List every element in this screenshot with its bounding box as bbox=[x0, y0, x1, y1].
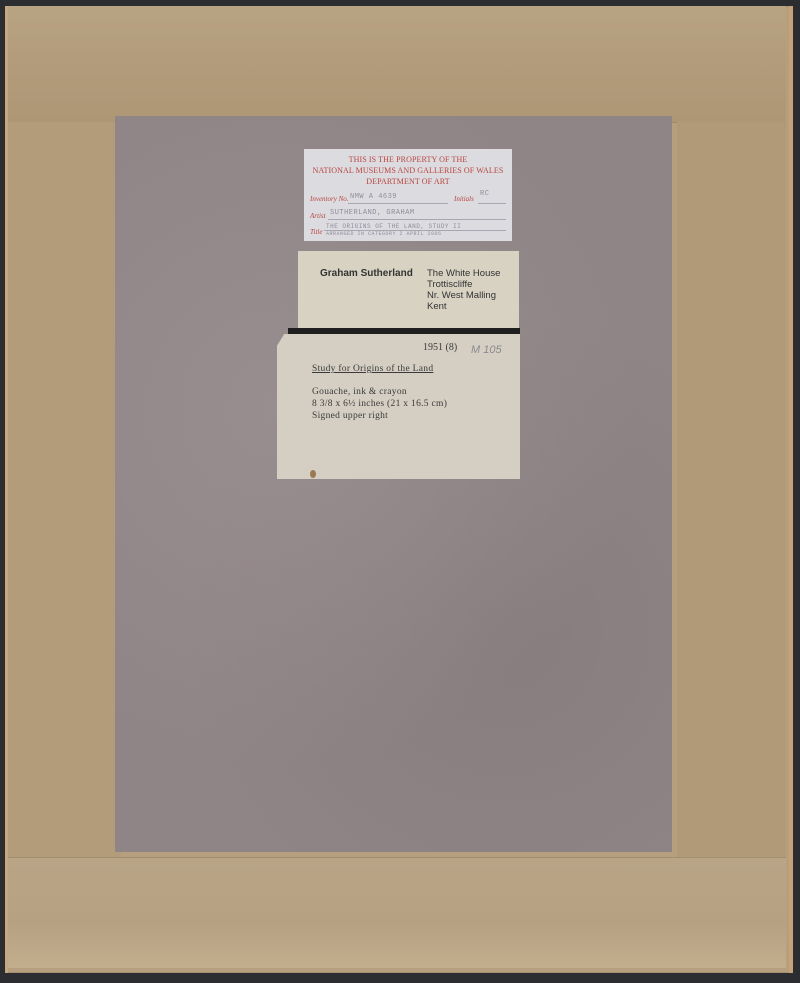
artist-value: SUTHERLAND, GRAHAM bbox=[330, 209, 415, 217]
tape-left bbox=[8, 122, 121, 858]
inventory-value: NMW A 4639 bbox=[350, 193, 397, 201]
detail-dimensions: 8 3/8 x 6½ inches (21 x 16.5 cm) bbox=[312, 398, 447, 410]
artist-address: The White House Trottiscliffe Nr. West M… bbox=[427, 268, 500, 312]
address-line: Nr. West Malling bbox=[427, 290, 500, 301]
label-line-3: DEPARTMENT OF ART bbox=[304, 176, 512, 187]
artist-address-card: Graham Sutherland The White House Trotti… bbox=[298, 251, 519, 329]
museum-property-label: THIS IS THE PROPERTY OF THE NATIONAL MUS… bbox=[304, 149, 512, 241]
tape-top bbox=[8, 6, 786, 123]
artist-label: Artist bbox=[310, 212, 326, 220]
frame-right-edge bbox=[789, 6, 793, 973]
address-line: The White House bbox=[427, 268, 500, 279]
card-divider-bar bbox=[288, 328, 520, 334]
artwork-info-card: 1951 (8) M 105 Study for Origins of the … bbox=[277, 334, 520, 479]
title-value-1: THE ORIGINS OF THE LAND, STUDY II bbox=[326, 223, 461, 230]
stain-mark bbox=[310, 470, 316, 478]
title-value-2: ARRANGED IN CATEGORY 2 APRIL 2006 bbox=[326, 231, 442, 237]
artwork-title: Study for Origins of the Land bbox=[312, 364, 433, 374]
address-line: Trottiscliffe bbox=[427, 279, 500, 290]
label-line-2: NATIONAL MUSEUMS AND GALLERIES OF WALES bbox=[304, 165, 512, 176]
initials-label: Initials bbox=[454, 195, 474, 203]
artist-name: Graham Sutherland bbox=[320, 268, 413, 279]
artwork-details: Gouache, ink & crayon 8 3/8 x 6½ inches … bbox=[312, 386, 447, 422]
detail-medium: Gouache, ink & crayon bbox=[312, 386, 447, 398]
label-line-1: THIS IS THE PROPERTY OF THE bbox=[304, 154, 512, 165]
address-line: Kent bbox=[427, 301, 500, 312]
tape-bottom bbox=[8, 857, 786, 968]
detail-signature: Signed upper right bbox=[312, 410, 447, 422]
inventory-label: Inventory No. bbox=[310, 195, 349, 203]
tape-right bbox=[677, 122, 786, 858]
handwritten-number: M 105 bbox=[471, 344, 502, 356]
artwork-year: 1951 (8) bbox=[423, 342, 457, 353]
title-label: Title bbox=[310, 228, 322, 236]
initials-value: RC bbox=[480, 190, 489, 198]
